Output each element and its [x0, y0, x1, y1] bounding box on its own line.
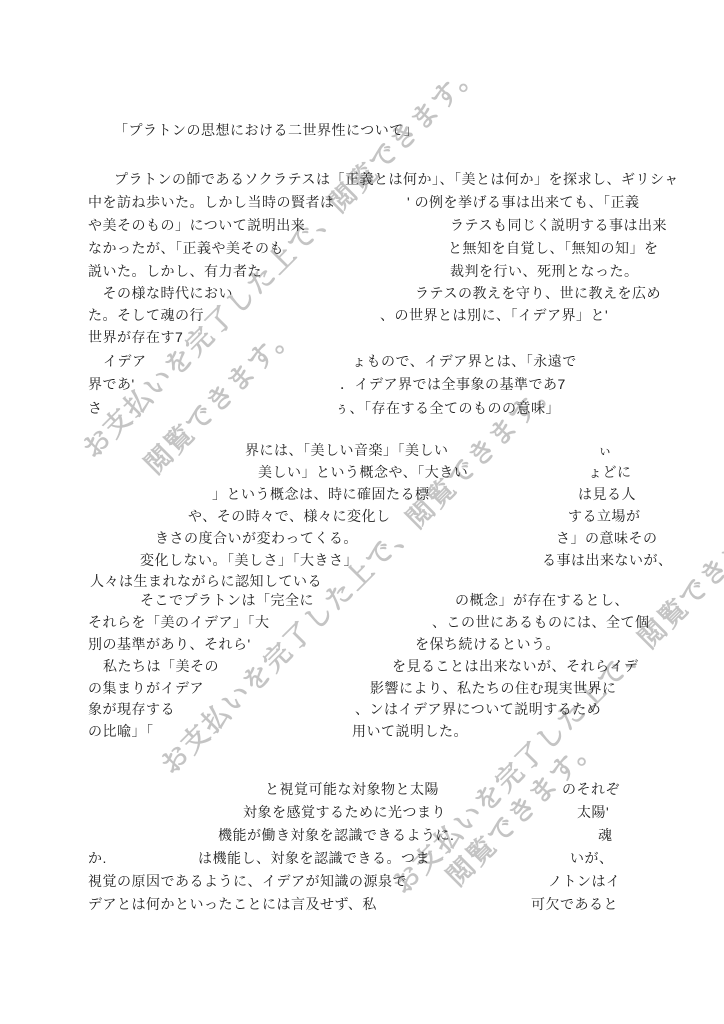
body-text-segment: 影響により、私たちの住む現実世界に	[370, 678, 617, 698]
body-text-segment: そこでプラトンは「完全に	[140, 590, 314, 610]
body-text-segment: 別の基準があり、それら'	[88, 634, 251, 654]
body-text-segment: を保ち続けるという。	[415, 634, 560, 654]
body-text-segment: ラテスも同じく説明する事は出来	[450, 215, 667, 235]
body-text-segment: 可欠であると	[531, 894, 618, 914]
body-text-segment: 界には、「美しい音楽」「美しい	[245, 440, 449, 460]
body-text-segment: する立場が	[568, 506, 641, 526]
body-text-segment: ょもので、イデア界とは、「永遠で	[352, 351, 577, 371]
body-text-segment: は見る人	[578, 484, 636, 504]
body-text-segment: プラトンの師であるソクラテスは「正義とは何か」、「美とは何か」を探求し、ギリシャ	[114, 169, 679, 189]
body-text-segment: ノトンはイ	[548, 871, 621, 891]
body-text-segment: 裁判を行い、死刑となった。	[450, 261, 639, 281]
body-text-segment: 太陽'	[577, 802, 609, 822]
body-text-segment: の概念」が存在するとし、	[455, 590, 629, 610]
body-text-segment: を見ることは出来ないが、それらイデ	[392, 656, 639, 676]
body-text-segment: は機能し、対象を認識できる。つま	[198, 848, 430, 868]
body-text-segment: 、ンはイデア界について説明するため	[355, 699, 601, 719]
body-text-segment: なかったが、「正義や美そのも	[88, 238, 284, 258]
body-text-segment: その様な時代におい	[88, 283, 233, 303]
body-text-segment: 、の世界とは別に、「イデア界」と'	[380, 305, 608, 325]
body-text-segment: のそれぞ	[562, 779, 620, 799]
body-text-segment: 人々は生まれながらに認知している	[90, 571, 322, 591]
body-text-segment: 機能が働き対象を認識できるように.	[218, 825, 454, 845]
body-text-segment: 世界が存在す7	[88, 327, 183, 347]
body-text-segment: の比喩」「	[88, 721, 154, 741]
body-text-segment: 視覚の原因であるように、イデアが知識の源泉で	[88, 871, 407, 891]
body-text-segment: 」という概念は、時に確固たる標	[212, 484, 430, 504]
body-text-segment: ラテスの教えを守り、世に教えを広め	[415, 283, 661, 303]
scanned-document-page: 「プラトンの思想における二世界性について」 お支払いを完了した上で、閲覧できます…	[0, 0, 724, 1024]
body-text-segment: 象が現存する	[88, 699, 175, 719]
body-text-segment: や、その時々で、様々に変化し	[188, 506, 390, 526]
document-title: 「プラトンの思想における二世界性について」	[114, 120, 418, 140]
body-text-segment: た。そして魂の行	[88, 305, 204, 325]
body-text-segment: さ」の意味その	[556, 528, 658, 548]
body-text-segment: ょどに	[588, 462, 632, 482]
body-text-segment: る事は出来ないが、	[542, 550, 673, 570]
body-text-segment: 変化しない。「美しさ」「大きさ」	[140, 550, 358, 570]
body-text-segment: 魂	[598, 825, 613, 845]
body-text-segment: イデア	[103, 351, 147, 371]
body-text-segment: 美しい」という概念や、「大きい	[258, 462, 468, 482]
body-text-segment: か.	[88, 848, 107, 868]
body-text-segment: や美そのもの」について説明出来	[88, 215, 305, 235]
body-text-segment: いが、	[570, 848, 614, 868]
body-text-segment: 私たちは「美その	[103, 656, 219, 676]
body-text-segment: と視覚可能な対象物と太陽	[265, 779, 439, 799]
body-text-segment: 対象を感覚するために光つまり	[243, 802, 446, 822]
body-text-segment: 界であ'	[88, 374, 135, 394]
body-text-segment: それらを「美のイデア」「大	[88, 612, 270, 632]
body-text-segment: ぃ	[598, 440, 613, 460]
body-text-segment: きさの度合いが変わってくる。	[155, 528, 358, 548]
body-text-segment: ．イデア界では全事象の基準であ7	[340, 374, 566, 394]
body-text-segment: と無知を自覚し、「無知の知」を	[448, 238, 659, 258]
body-text-segment: デアとは何かといったことには言及せず、私	[88, 894, 377, 914]
body-text-segment: 用いて説明した。	[352, 721, 468, 741]
body-text-segment: の集まりがイデア	[88, 678, 204, 698]
body-text-segment: ぅ、「存在する全てのものの意味」	[335, 398, 560, 418]
body-text-segment: 中を訪ね歩いた。しかし当時の賢者は	[88, 192, 335, 212]
body-text-segment: 、この世にあるものには、全て個	[432, 612, 650, 632]
body-text-segment: 説いた。しかし、有力者た	[88, 261, 262, 281]
body-text-segment: ' の例を挙げる事は出来ても、「正義	[407, 192, 640, 212]
body-text-segment: さ	[88, 398, 103, 418]
